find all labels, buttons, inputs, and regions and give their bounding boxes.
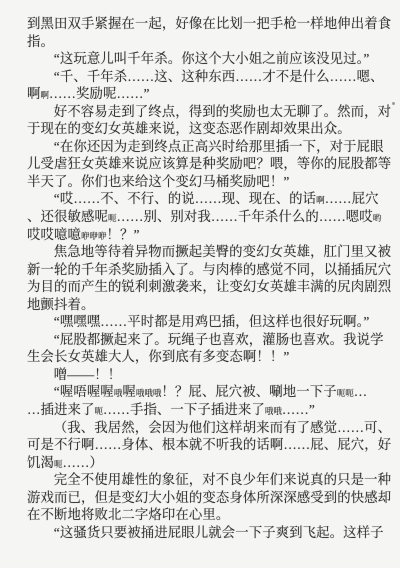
body-text: 到黑田双手紧握在一起，好像在比划一把手枪一样地伸出着食 [27, 16, 391, 31]
text-line: “哎……不、不行、的说……现、现在、的话啊……屁穴 [27, 190, 393, 208]
text-line: 到黑田双手紧握在一起，好像在比划一把手枪一样地伸出着食 [27, 15, 393, 33]
body-text: ……手指、一下子插进来了 [103, 402, 265, 417]
body-text: 为目的而产生的锐利刺激袭来，让变幻女英雄丰满的尻肉剧烈 [27, 279, 391, 294]
text-line: …插进来了呃……手指、一下子插进来了哦哦……” [27, 401, 393, 419]
text-line: 完全不使用雄性的象征，对不良少年们来说真的只是一种 [27, 471, 393, 489]
text-line: “嘿嘿嘿……平时都是用鸡巴插，但这样也很好玩啊。” [27, 313, 393, 331]
body-text: 、还很敏感呢 [27, 209, 108, 224]
text-line: （我、我居然，会因为他们这样胡来而有了感觉……可、 [27, 419, 393, 437]
text-line: 啊啊……奖励呢……” [27, 85, 393, 103]
body-text: ！？屁、屁穴被、唰地一下子 [161, 384, 336, 399]
body-text: 生会长女英雄大人，你到底有多变态啊！！” [27, 349, 289, 364]
body-text: ……奖励呢……” [49, 86, 149, 101]
body-text: “千、千年杀……这、这种东西……才不是什么……嗯、 [54, 69, 384, 84]
body-text: “嘿嘿嘿……平时都是用鸡巴插，但这样也很好玩啊。” [54, 314, 370, 329]
body-text: ……” [282, 402, 315, 417]
body-text: “哎……不、不行、的说……现、现在、的话 [54, 191, 316, 206]
body-text: 完全不使用雄性的象征，对不良少年们来说真的只是一种 [54, 472, 391, 487]
body-text: 可是不行啊……身体、根本就不听我的话啊……屁、屁穴，好 [27, 437, 391, 452]
body-text: ……屁穴 [325, 191, 379, 206]
body-text: “屁股都撅起来了。玩绳子也喜欢，灌肠也喜欢。我说学 [54, 332, 384, 347]
text-line: 好不容易走到了终点，得到的奖励也太无聊了。然而，对 [27, 103, 393, 121]
text-line: “这玩意儿叫千年杀。你这个大小姐之前应该没见过。” [27, 50, 393, 68]
body-text: ……别、别对我……千年杀什么的……嗯哎 [116, 209, 372, 224]
text-line: 儿受虐狂女英雄来说应该算是种奖励吧？喂，等你的屁股都等 [27, 155, 393, 173]
body-text: “在你还因为走到终点正高兴时给那里插一下，对于屁眼 [54, 139, 384, 154]
small-interjection-text: 呃呃 [337, 388, 354, 398]
body-text: 半天了。你们也来给这个变幻马桶奖励吧！” [27, 174, 289, 189]
small-interjection-text: 呃 [54, 459, 63, 469]
body-text: 哎哎噫噫 [27, 227, 81, 242]
small-interjection-text: 哦哦哦 [136, 388, 162, 398]
text-line: 于现在的变幻女英雄来说，这变态恶作剧却效果出众。 [27, 120, 393, 138]
text-line: 半天了。你们也来给这个变幻马桶奖励吧！” [27, 173, 393, 191]
text-line: “屁股都撅起来了。玩绳子也喜欢，灌肠也喜欢。我说学 [27, 331, 393, 349]
body-text: （我、我居然，会因为他们这样胡来而有了感觉……可、 [54, 420, 391, 435]
text-line: 噌——！！ [27, 366, 393, 384]
text-line: “这骚货只要被捅进屁眼儿就会一下子爽到飞起。这样子 [27, 524, 393, 542]
text-line: 生会长女英雄大人，你到底有多变态啊！！” [27, 348, 393, 366]
scan-speck [392, 102, 395, 105]
text-line: 哎哎噫噫咿咿咿！？” [27, 226, 393, 244]
text-line: 、还很敏感呢呃……别、别对我……千年杀什么的……嗯哎哟 [27, 208, 393, 226]
page-text: 到黑田双手紧握在一起，好像在比划一把手枪一样地伸出着食指。“这玩意儿叫千年杀。你… [27, 15, 393, 541]
small-interjection-text: 呃 [94, 406, 103, 416]
text-line: 指。 [27, 33, 393, 51]
small-interjection-text: 哦哦 [265, 406, 282, 416]
text-line: 在不断地将败北二字烙印在心里。 [27, 506, 393, 524]
small-interjection-text: 咿咿咿 [81, 231, 107, 241]
body-text: ……） [63, 455, 103, 470]
body-text: 地颤抖着。 [27, 297, 94, 312]
text-line: “在你还因为走到终点正高兴时给那里插一下，对于屁眼 [27, 138, 393, 156]
text-line: 为目的而产生的锐利刺激袭来，让变幻女英雄丰满的尻肉剧烈 [27, 278, 393, 296]
text-line: 饥渴呃……） [27, 454, 393, 472]
body-text: 啊 [27, 86, 41, 101]
text-line: 地颤抖着。 [27, 296, 393, 314]
text-line: 游戏而已，但是变幻大小姐的变态身体所深深感受到的快感却 [27, 489, 393, 507]
text-line: 可是不行啊……身体、根本就不听我的话啊……屁、屁穴，好 [27, 436, 393, 454]
body-text: 饥渴 [27, 455, 54, 470]
body-text: 儿受虐狂女英雄来说应该算是种奖励吧？喂，等你的屁股都等 [27, 156, 391, 171]
small-interjection-text: 啊 [316, 195, 325, 205]
body-text: ！？” [106, 227, 139, 242]
text-line: 焦急地等待着异物而撅起美臀的变幻女英雄，肛门里又被 [27, 243, 393, 261]
body-text: 于现在的变幻女英雄来说，这变态恶作剧却效果出众。 [27, 121, 351, 136]
body-text: 新一轮的千年杀奖励插入了。与肉棒的感觉不同，以捅插尻穴 [27, 262, 391, 277]
body-text: 指。 [27, 34, 54, 49]
small-interjection-text: 哟 [373, 213, 382, 223]
text-line: “千、千年杀……这、这种东西……才不是什么……嗯、 [27, 68, 393, 86]
body-text: “喔唔喔喔 [54, 384, 114, 399]
body-text: 喔 [122, 384, 136, 399]
body-text: 游戏而已，但是变幻大小姐的变态身体所深深感受到的快感却 [27, 490, 391, 505]
body-text: “这骚货只要被捅进屁眼儿就会一下子爽到飞起。这样子 [54, 525, 384, 540]
body-text: 噌——！！ [54, 367, 121, 382]
body-text: 好不容易走到了终点，得到的奖励也太无聊了。然而，对 [54, 104, 391, 119]
body-text: 焦急地等待着异物而撅起美臀的变幻女英雄，肛门里又被 [54, 244, 391, 259]
text-line: 新一轮的千年杀奖励插入了。与肉棒的感觉不同，以捅插尻穴 [27, 261, 393, 279]
text-line: “喔唔喔喔哦喔哦哦哦！？屁、屁穴被、唰地一下子呃呃… [27, 383, 393, 401]
body-text: … [354, 384, 368, 399]
body-text: 在不断地将败北二字烙印在心里。 [27, 507, 229, 522]
small-interjection-text: 啊 [41, 90, 50, 100]
scanned-page: { "page": { "background_color": "#f5f5f3… [0, 0, 400, 568]
body-text: …插进来了 [27, 402, 94, 417]
body-text: “这玩意儿叫千年杀。你这个大小姐之前应该没见过。” [54, 51, 370, 66]
